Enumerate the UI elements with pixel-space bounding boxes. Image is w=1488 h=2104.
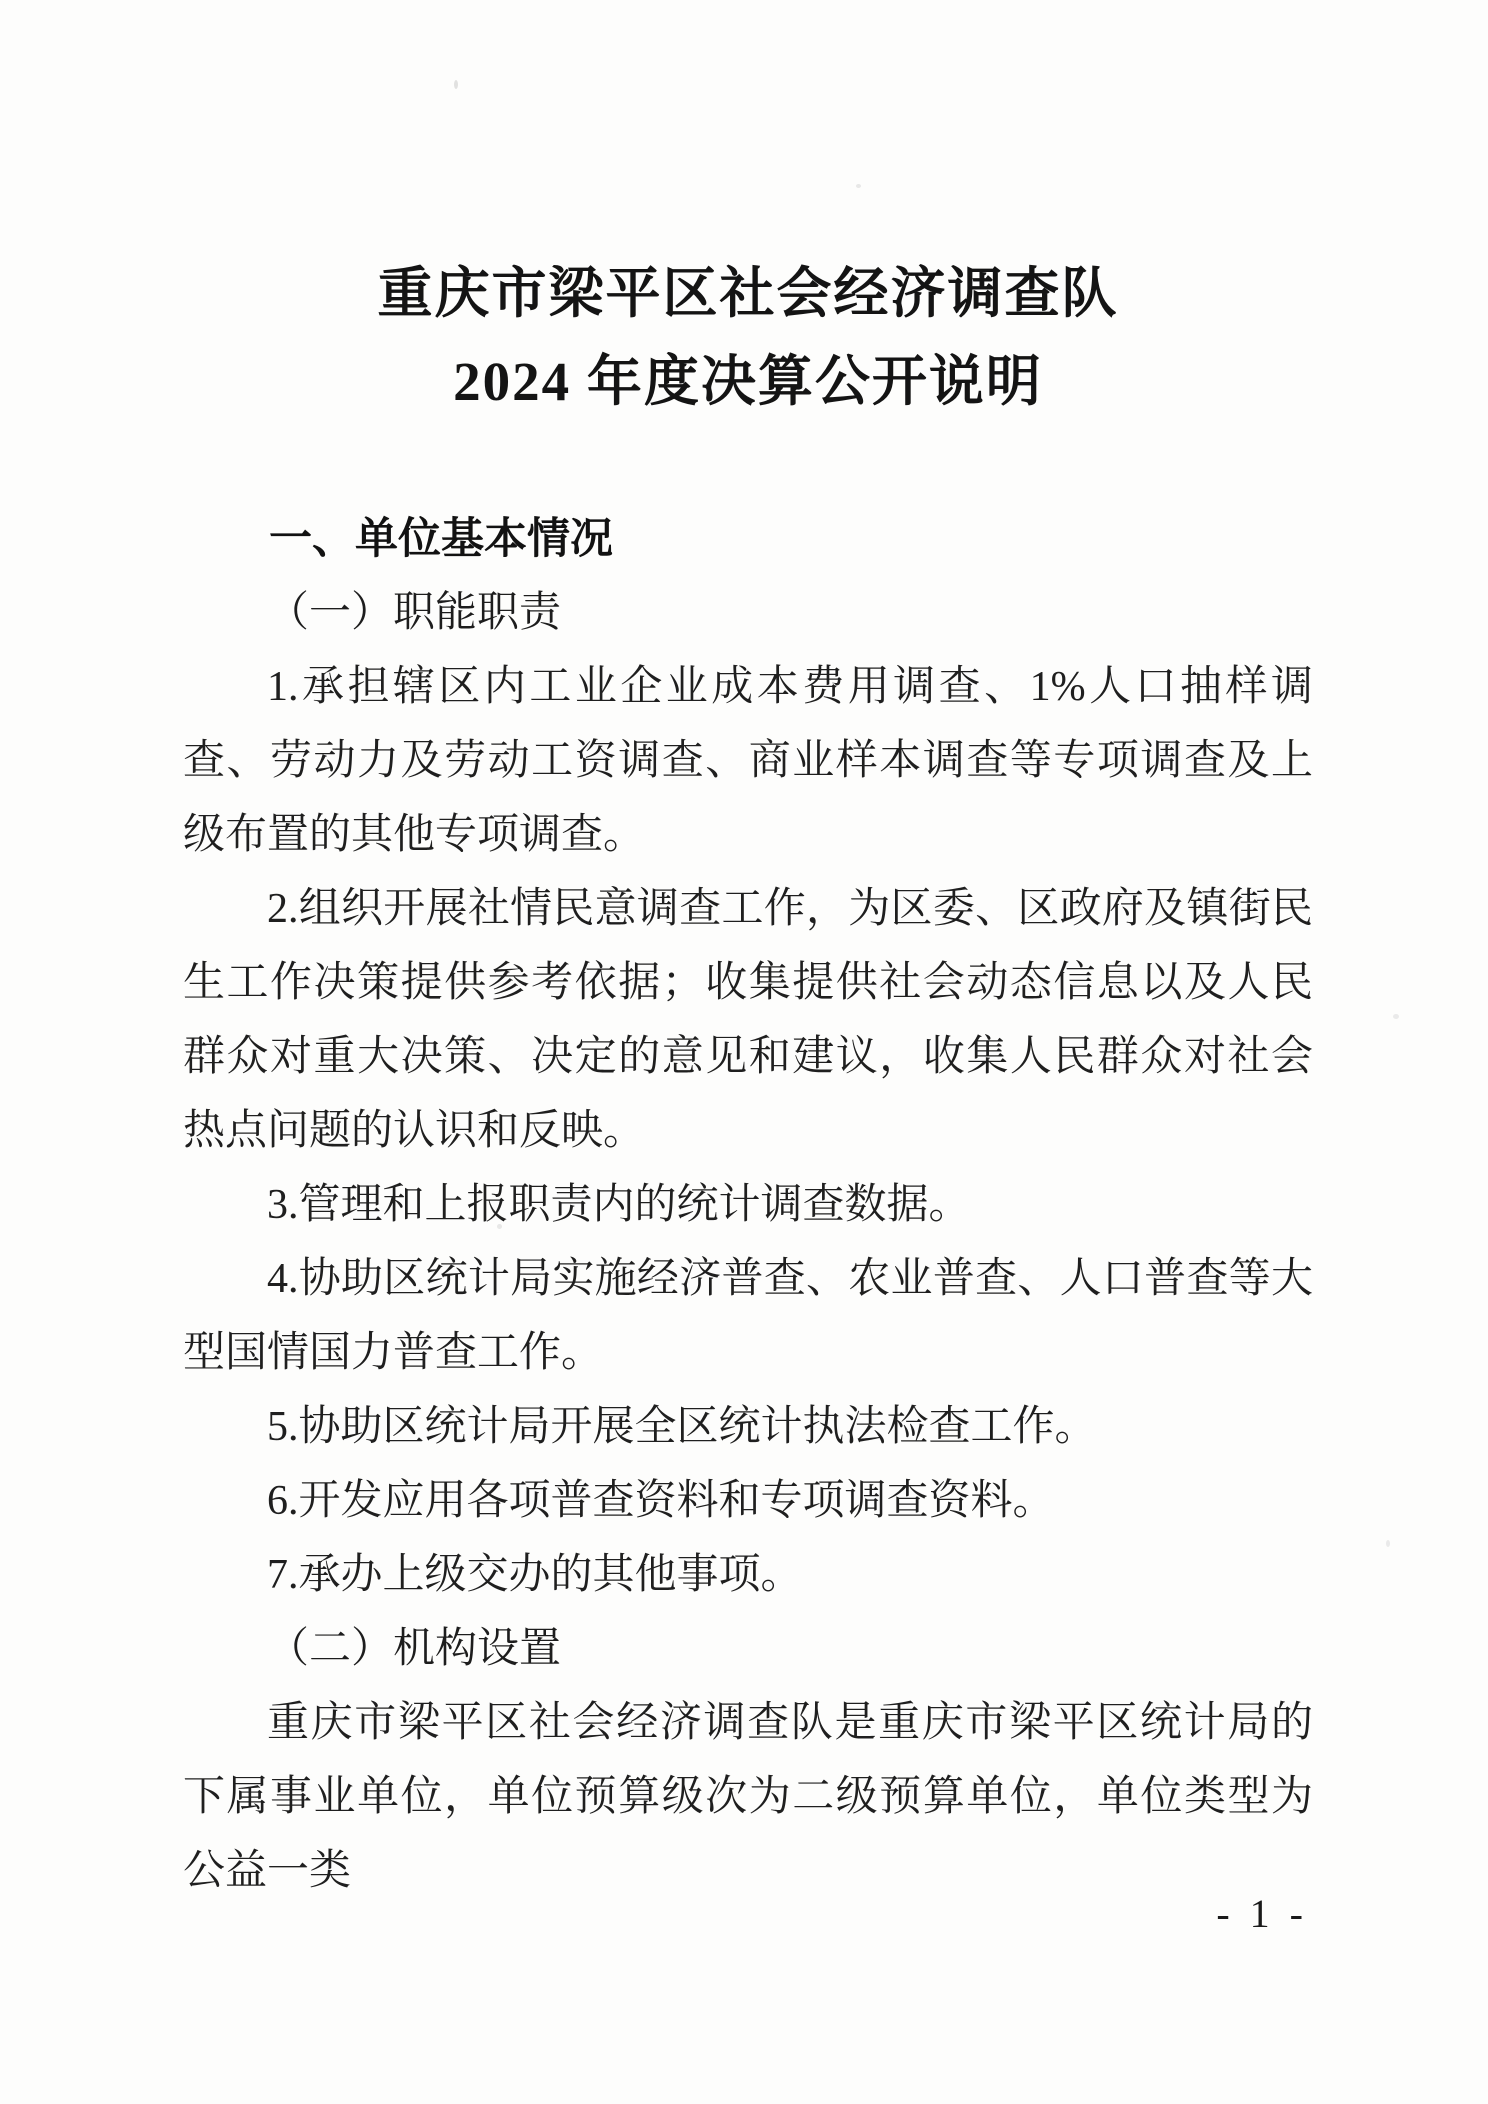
document-page: 重庆市梁平区社会经济调查队 2024 年度决算公开说明 一、单位基本情况 （一）… (0, 0, 1488, 2104)
paragraph-duty-4: 4.协助区统计局实施经济普查、农业普查、人口普查等大型国情国力普查工作。 (183, 1242, 1313, 1390)
title-spacer (183, 426, 1313, 502)
document-title: 重庆市梁平区社会经济调查队 2024 年度决算公开说明 (183, 250, 1313, 426)
scan-speck (1386, 1540, 1390, 1547)
section-heading-1: 一、单位基本情况 (183, 502, 1313, 576)
scan-speck (1393, 1014, 1399, 1019)
paragraph-duty-3: 3.管理和上报职责内的统计调查数据。 (183, 1168, 1313, 1242)
paragraph-duty-5: 5.协助区统计局开展全区统计执法检查工作。 (183, 1390, 1313, 1464)
document-body: 重庆市梁平区社会经济调查队 2024 年度决算公开说明 一、单位基本情况 （一）… (183, 0, 1313, 1908)
paragraph-duty-7: 7.承办上级交办的其他事项。 (183, 1538, 1313, 1612)
subsection-heading-1-2: （二）机构设置 (183, 1612, 1313, 1686)
doc-title-line2: 2024 年度决算公开说明 (183, 338, 1313, 426)
paragraph-duty-1: 1.承担辖区内工业企业成本费用调查、1%人口抽样调查、劳动力及劳动工资调查、商业… (183, 650, 1313, 872)
subsection-heading-1-1: （一）职能职责 (183, 576, 1313, 650)
page-number: - 1 - (1216, 1890, 1308, 1937)
paragraph-org-setup: 重庆市梁平区社会经济调查队是重庆市梁平区统计局的下属事业单位，单位预算级次为二级… (183, 1686, 1313, 1908)
paragraph-duty-6: 6.开发应用各项普查资料和专项调查资料。 (183, 1464, 1313, 1538)
doc-title-line1: 重庆市梁平区社会经济调查队 (183, 250, 1313, 338)
paragraph-duty-2: 2.组织开展社情民意调查工作，为区委、区政府及镇街民生工作决策提供参考依据；收集… (183, 872, 1313, 1168)
